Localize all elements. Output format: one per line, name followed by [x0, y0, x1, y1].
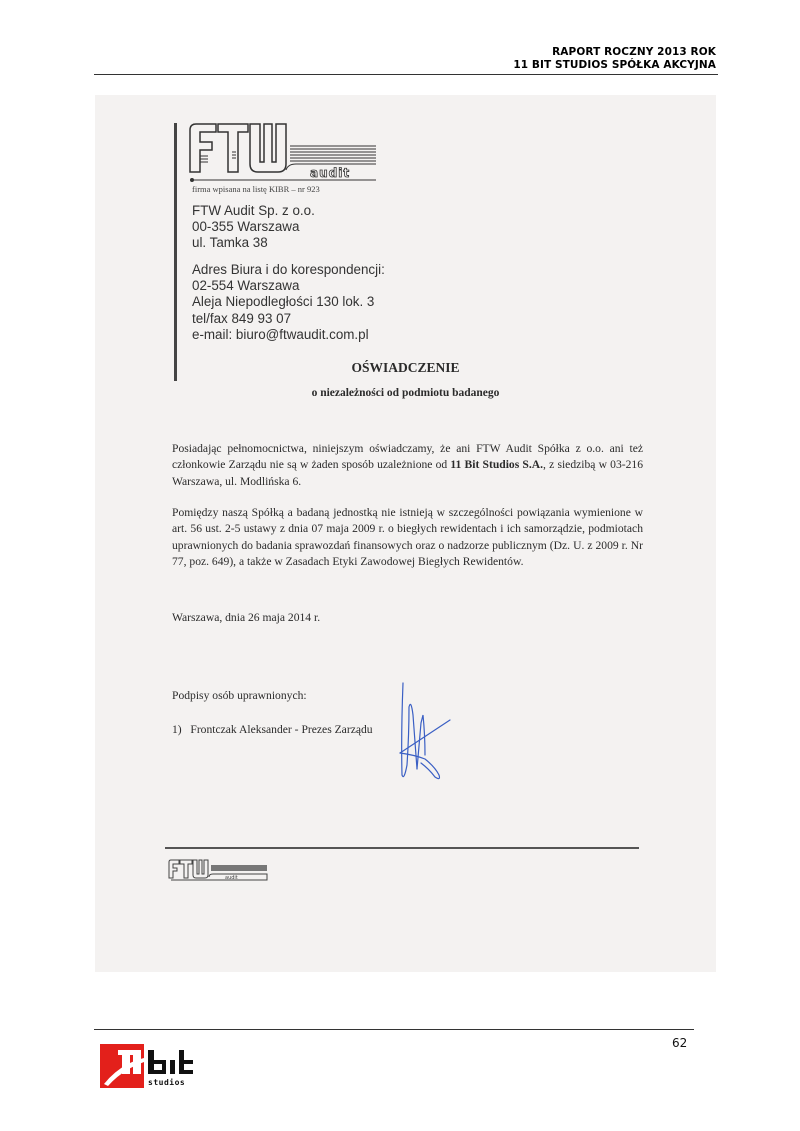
svg-text:audit: audit — [225, 875, 238, 881]
ftw-audit-logo-icon: audit — [188, 122, 378, 184]
company-address: FTW Audit Sp. z o.o. 00-355 Warszawa ul.… — [192, 203, 315, 252]
address-line: FTW Audit Sp. z o.o. — [192, 203, 315, 219]
address-line: ul. Tamka 38 — [192, 235, 315, 251]
company-name: 11 BIT STUDIOS SPÓŁKA AKCYJNA — [513, 59, 716, 72]
address-line: tel/fax 849 93 07 — [192, 311, 385, 327]
signature-icon — [395, 675, 455, 785]
footer-divider — [165, 847, 639, 849]
scanned-letter: audit firma wpisana na listę KIBR – nr 9… — [95, 95, 716, 972]
statement-date: Warszawa, dnia 26 maja 2014 r. — [172, 611, 320, 624]
kibr-note: firma wpisana na listę KIBR – nr 923 — [192, 184, 320, 194]
address-line: 00-355 Warszawa — [192, 219, 315, 235]
paragraph-independence: Posiadając pełnomocnictwa, niniejszym oś… — [172, 441, 643, 490]
email-line: e-mail: biuro@ftwaudit.com.pl — [192, 327, 385, 343]
paragraph-relations: Pomiędzy naszą Spółką a badaną jednostką… — [172, 505, 643, 570]
signer-name: Frontczak Aleksander - Prezes Zarządu — [190, 723, 372, 736]
letterhead-bar — [174, 123, 177, 381]
svg-text:studios: studios — [148, 1077, 185, 1087]
address-line: 02-554 Warszawa — [192, 278, 385, 294]
page-divider — [94, 1029, 694, 1030]
signer-number: 1) — [172, 723, 182, 736]
ftw-audit-small-logo-icon: audit — [167, 858, 271, 882]
client-name: 11 Bit Studios S.A. — [450, 458, 543, 471]
svg-text:audit: audit — [310, 166, 350, 180]
report-header: RAPORT ROCZNY 2013 ROK 11 BIT STUDIOS SP… — [513, 46, 716, 72]
signers-label: Podpisy osób uprawnionych: — [172, 689, 307, 702]
address-line: Adres Biura i do korespondencji: — [192, 262, 385, 278]
office-address: Adres Biura i do korespondencji: 02-554 … — [192, 262, 385, 343]
statement-subtitle: o niezależności od podmiotu badanego — [95, 387, 716, 399]
signer-entry: 1) Frontczak Aleksander - Prezes Zarządu — [172, 723, 373, 736]
header-divider — [94, 74, 718, 75]
address-line: Aleja Niepodległości 130 lok. 3 — [192, 294, 385, 310]
page-number: 62 — [672, 1036, 687, 1050]
statement-title: OŚWIADCZENIE — [95, 360, 716, 376]
report-title: RAPORT ROCZNY 2013 ROK — [513, 46, 716, 59]
11-bit-studios-logo-icon: studios — [100, 1044, 220, 1088]
